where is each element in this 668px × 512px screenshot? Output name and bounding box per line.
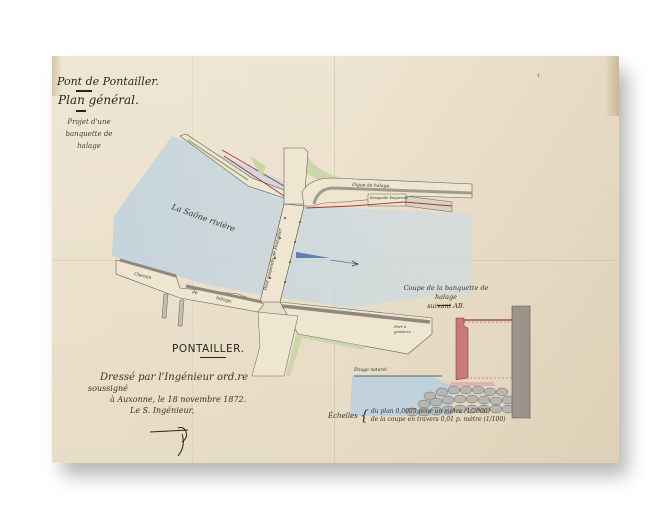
- lower-path-label-2: de: [191, 290, 198, 296]
- scale-row-section: de la coupe en travers 0,01 p. mètre (1/…: [371, 416, 506, 424]
- project-description: Projet d'une banquette de halage: [60, 116, 118, 152]
- document-subtitle: Plan général.: [58, 93, 139, 107]
- scales-label: Échelles: [328, 412, 358, 420]
- section-title-line-2: suivant AB.: [401, 302, 491, 311]
- jetty-post-1: [162, 294, 168, 318]
- subtitle-underline: [76, 110, 86, 112]
- section-quay-wall: [512, 306, 530, 418]
- water-level-label: Étiage naturel: [354, 368, 387, 373]
- port-label: Port à graviers: [394, 324, 418, 334]
- document-sheet: Pont de Pontailler. Plan général. Projet…: [52, 56, 619, 463]
- scales-legend: Échelles{ du plan 0,0005 pour un mètre (…: [328, 408, 506, 424]
- town-label: PONTAILLER.: [172, 343, 244, 355]
- section-title-underline: [437, 305, 451, 306]
- signature-block: Dressé par l'Ingénieur ord.re soussigné …: [88, 372, 248, 416]
- town-underline: [200, 357, 226, 358]
- document-title: Pont de Pontailler.: [57, 75, 159, 88]
- banquette-label: Banquette Empierrée: [370, 196, 408, 200]
- brace-icon: {: [360, 412, 369, 420]
- jetty-post-2: [178, 300, 184, 326]
- signature-line-4: Le S. Ingénieur,: [130, 405, 248, 416]
- section-title: Coupe de la banquette de halage suivant …: [401, 284, 491, 311]
- section-fill-outline: [464, 322, 512, 378]
- page-mark: 1: [537, 73, 540, 79]
- signature-line-1: Dressé par l'Ingénieur ord.re: [100, 372, 248, 383]
- handwritten-signature-icon: [148, 424, 208, 460]
- title-underline: [76, 90, 92, 92]
- signature-line-2: soussigné: [88, 383, 248, 394]
- section-title-line-1: Coupe de la banquette de halage: [401, 284, 491, 302]
- scale-row-plan: du plan 0,0005 pour un mètre (1/2000): [371, 408, 506, 416]
- section-masonry: [456, 318, 468, 380]
- signature-line-3: à Auxonne, le 18 novembre 1872.: [110, 394, 248, 405]
